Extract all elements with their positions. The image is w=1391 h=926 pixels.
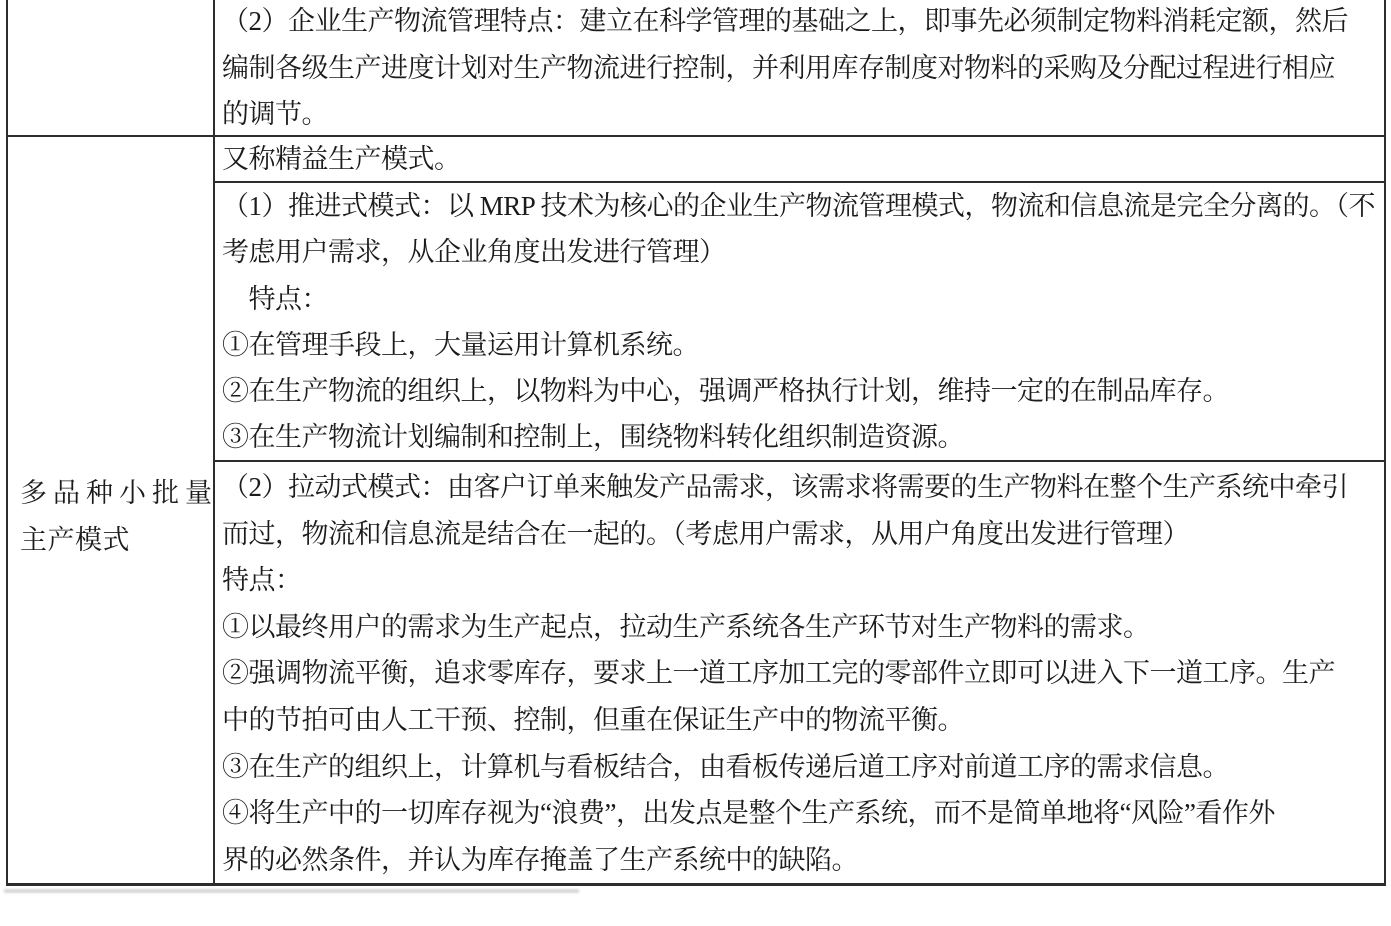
cell-lean-production-alias: 又称精益生产模式。: [222, 137, 1382, 182]
text-line: ①以最终用户的需求为生产起点，拉动生产系统各生产环节对生产物料的需求。: [222, 604, 1382, 651]
text-line: 考虑用户需求，从企业角度出发进行管理）: [222, 229, 1382, 275]
cell-row-label-multi-variety-small-batch: 多品种小批量 主产模式: [8, 470, 224, 564]
text-line: （2）企业生产物流管理特点：建立在科学管理的基础之上，即事先必须制定物料消耗定额…: [222, 0, 1382, 45]
text-line: 又称精益生产模式。: [222, 137, 1382, 182]
text-line: ③在生产物流计划编制和控制上，围绕物料转化组织制造资源。: [222, 414, 1382, 460]
table-border-left: [6, 0, 8, 885]
table-column-divider: [213, 0, 215, 885]
text-line: （2）拉动式模式：由客户订单来触发产品需求，该需求将需要的生产物料在整个生产系统…: [222, 464, 1382, 511]
cell-push-mode: （1）推进式模式：以 MRP 技术为核心的企业生产物流管理模式，物流和信息流是完…: [222, 183, 1382, 461]
text-line: （1）推进式模式：以 MRP 技术为核心的企业生产物流管理模式，物流和信息流是完…: [222, 183, 1382, 229]
cell-pull-mode: （2）拉动式模式：由客户订单来触发产品需求，该需求将需要的生产物料在整个生产系统…: [222, 464, 1382, 884]
text-line: ④将生产中的一切库存视为“浪费”，出发点是整个生产系统，而不是简单地将“风险”看…: [222, 790, 1382, 837]
text-line: ②强调物流平衡，追求零库存，要求上一道工序加工完的零部件立即可以进入下一道工序。…: [222, 650, 1382, 697]
row-label-line: 多品种小批量: [20, 470, 224, 517]
text-line: ②在生产物流的组织上，以物料为中心，强调严格执行计划，维持一定的在制品库存。: [222, 368, 1382, 414]
table-border-right: [1384, 0, 1386, 885]
text-line: 特点：: [222, 557, 1382, 604]
cell-production-logistics-features: （2）企业生产物流管理特点：建立在科学管理的基础之上，即事先必须制定物料消耗定额…: [222, 0, 1382, 138]
text-line: ①在管理手段上，大量运用计算机系统。: [222, 322, 1382, 368]
text-line: 编制各级生产进度计划对生产物流进行控制，并利用库存制度对物料的采购及分配过程进行…: [222, 45, 1382, 92]
text-line: 特点：: [222, 276, 1382, 322]
text-line: 中的节拍可由人工干预、控制，但重在保证生产中的物流平衡。: [222, 697, 1382, 744]
text-line: 的调节。: [222, 91, 1382, 138]
text-line: ③在生产的组织上，计算机与看板结合，由看板传递后道工序对前道工序的需求信息。: [222, 744, 1382, 791]
text-line: 界的必然条件，并认为库存掩盖了生产系统中的缺陷。: [222, 837, 1382, 884]
document-page: （2）企业生产物流管理特点：建立在科学管理的基础之上，即事先必须制定物料消耗定额…: [0, 0, 1391, 926]
scan-artifact: [4, 889, 579, 893]
row-label-line: 主产模式: [20, 517, 224, 564]
text-line: 而过，物流和信息流是结合在一起的。（考虑用户需求，从用户角度出发进行管理）: [222, 511, 1382, 558]
